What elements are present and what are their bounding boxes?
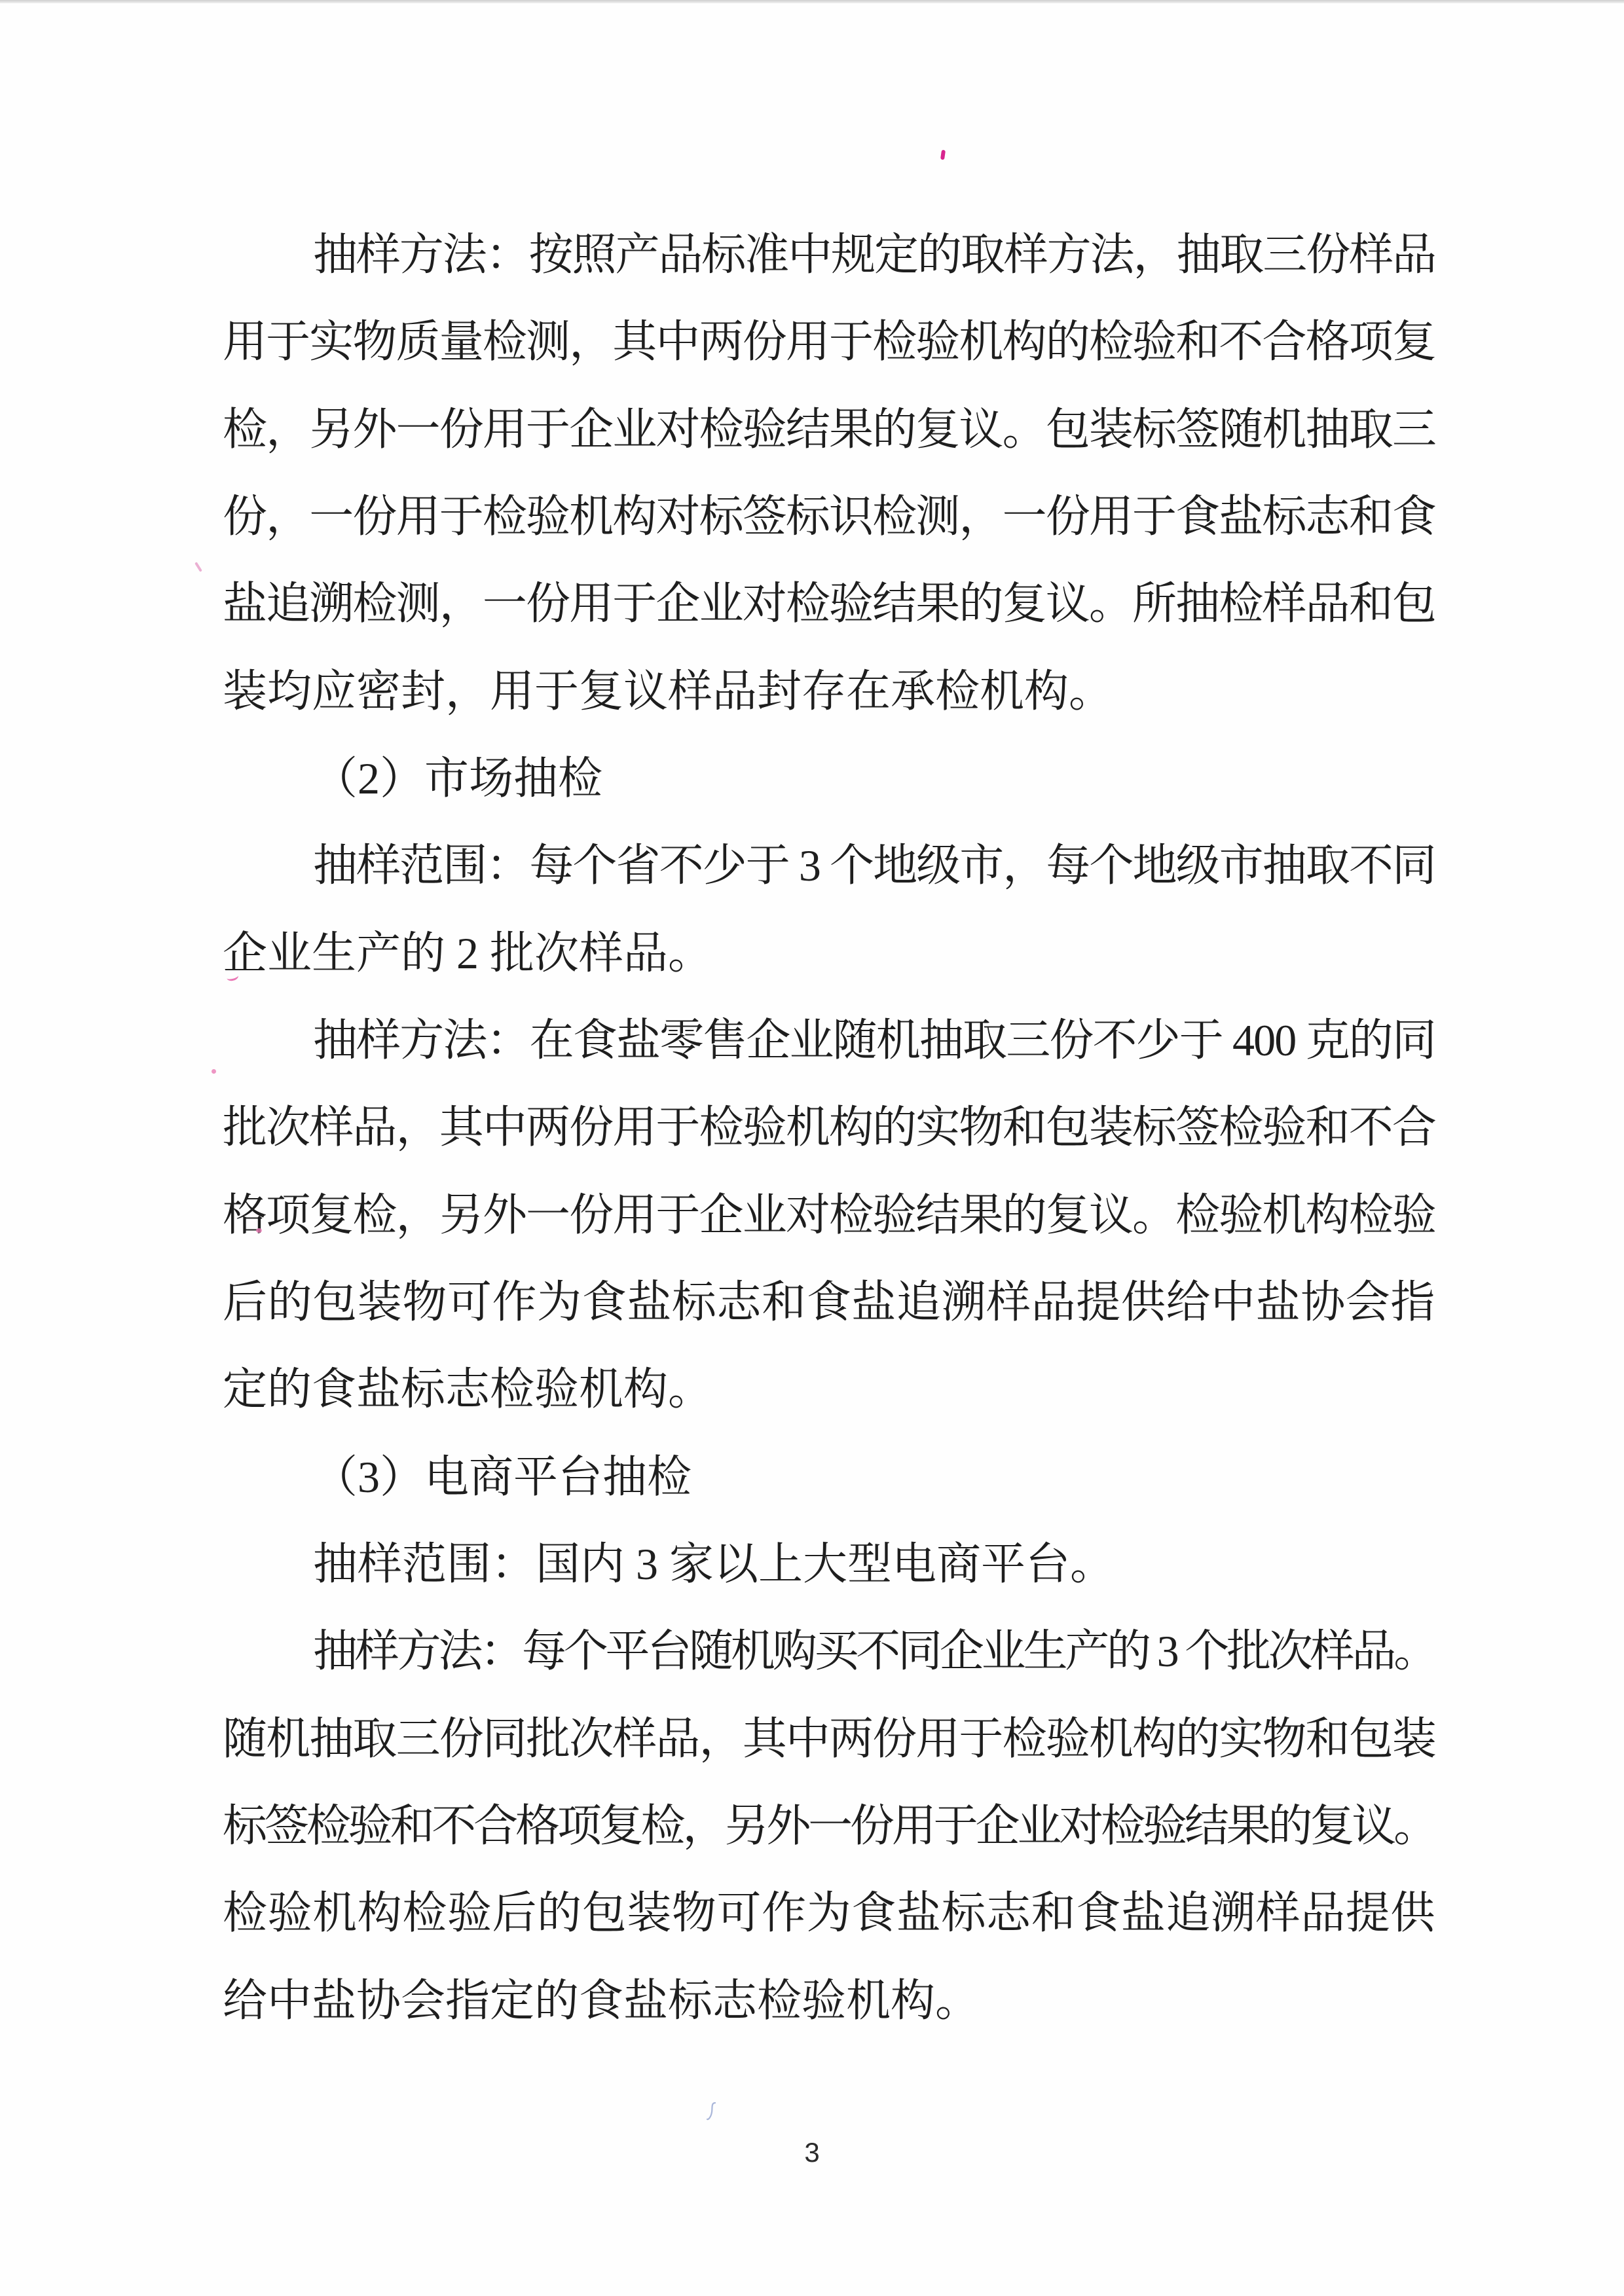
- text-line: 抽样方法：每个平台随机购买不同企业生产的 3 个批次样品。: [313, 1627, 1435, 1675]
- text-line: 抽样范围：国内 3 家以上大型电商平台。: [313, 1540, 1435, 1588]
- section-heading-3: （3）电商平台抽检: [313, 1453, 1435, 1501]
- text-line: 抽样方法：在食盐零售企业随机抽取三份不少于 400 克的同: [313, 1016, 1435, 1065]
- text-line: 抽样范围：每个省不少于 3 个地级市，每个地级市抽取不同: [313, 841, 1435, 890]
- scan-artifact-pink-dash: [940, 150, 946, 160]
- text-line: 检，另外一份用于企业对检验结果的复议。包装标签随机抽取三: [223, 405, 1435, 454]
- text-line: 后的包装物可作为食盐标志和食盐追溯样品提供给中盐协会指: [223, 1278, 1435, 1326]
- text-line: 份，一份用于检验机构对标签标识检测，一份用于食盐标志和食: [223, 492, 1435, 541]
- text-line: 定的食盐标志检验机构。: [223, 1365, 1435, 1413]
- text-line: 标签检验和不合格项复检，另外一份用于企业对检验结果的复议。: [223, 1802, 1435, 1850]
- text-line: 装均应密封，用于复议样品封存在承检机构。: [223, 667, 1435, 716]
- text-line: 格项复检，另外一份用于企业对检验结果的复议。检验机构检验: [223, 1191, 1435, 1239]
- scan-top-edge: [0, 0, 1624, 3]
- text-line: 盐追溯检测，一份用于企业对检验结果的复议。所抽检样品和包: [223, 579, 1435, 628]
- text-line: 企业生产的 2 批次样品。: [223, 929, 1435, 977]
- scanned-document-page: 抽样方法：按照产品标准中规定的取样方法，抽取三份样品 用于实物质量检测，其中两份…: [0, 0, 1624, 2296]
- text-line: 批次样品，其中两份用于检验机构的实物和包装标签检验和不合: [223, 1103, 1435, 1152]
- text-line: 检验机构检验后的包装物可作为食盐标志和食盐追溯样品提供: [223, 1889, 1435, 1937]
- text-line: 用于实物质量检测，其中两份用于检验机构的检验和不合格项复: [223, 318, 1435, 366]
- text-line: 给中盐协会指定的食盐标志检验机构。: [223, 1977, 1435, 2025]
- text-line: 抽样方法：按照产品标准中规定的取样方法，抽取三份样品: [313, 230, 1435, 279]
- page-number: 3: [0, 2138, 1624, 2167]
- scan-artifact-blue-curve: [706, 2102, 719, 2121]
- scan-artifact-pink-tick: [194, 562, 202, 572]
- text-line: 随机抽取三份同批次样品，其中两份用于检验机构的实物和包装: [223, 1715, 1435, 1763]
- section-heading-2: （2）市场抽检: [313, 754, 1435, 803]
- scan-artifact-pink-dot: [212, 1069, 216, 1074]
